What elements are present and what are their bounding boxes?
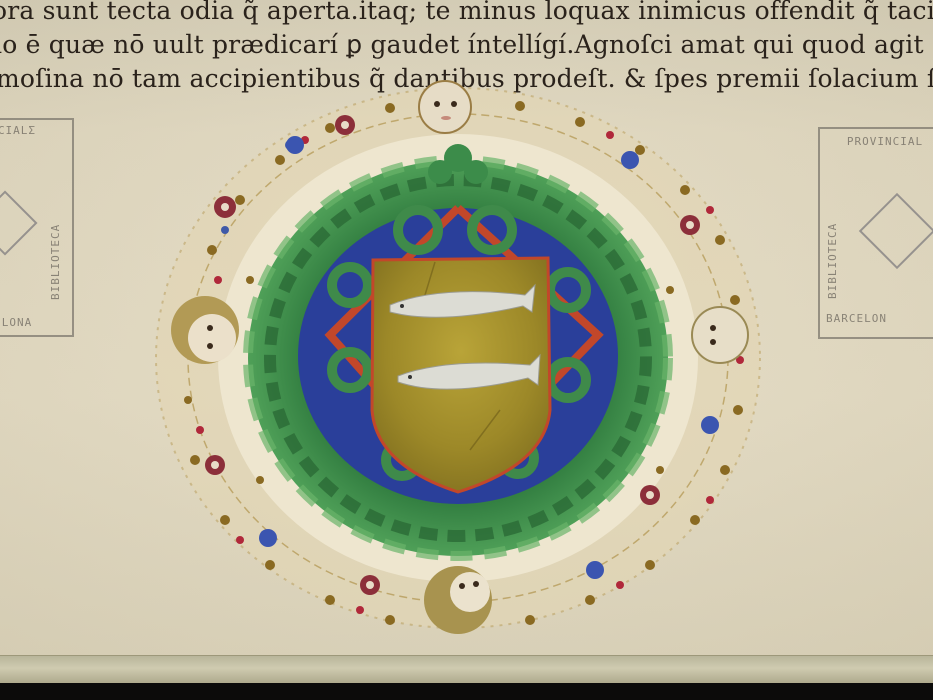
heraldic-shield [372,258,550,492]
stamp-left-diamond [0,190,38,255]
stamp-right-diamond [859,193,933,269]
putto-top [419,81,471,133]
book-page-edge [0,655,933,686]
stamp-right-top-text: PROVINCIAL [826,135,933,148]
stamp-left-bottom-text: LONA [0,316,66,329]
stamp-left-top-text: CIALΣ [0,124,66,137]
library-stamp-right: PROVINCIAL BIBLIOTECA BARCELON [818,127,933,339]
library-stamp-left: CIALΣ BIBLIOTECA LONA [0,118,74,337]
text-line-2: io ē quæ nō uult prædicarí ꝑ gaudet ínte… [0,30,933,59]
parchment-page: ora sunt tecta odia q̃ aperta.itaq; te m… [0,0,933,662]
putto-bottom [424,566,492,634]
putto-left [171,296,239,364]
dark-background [0,683,933,700]
putto-right [692,307,748,363]
text-line-1: ora sunt tecta odia q̃ aperta.itaq; te m… [0,0,933,25]
stamp-left-side-text: BIBLIOTECA [49,160,62,300]
illuminated-coat-of-arms [140,80,770,650]
stamp-right-side-text: BIBLIOTECA [826,169,839,299]
stamp-right-bottom-text: BARCELON [826,312,933,325]
